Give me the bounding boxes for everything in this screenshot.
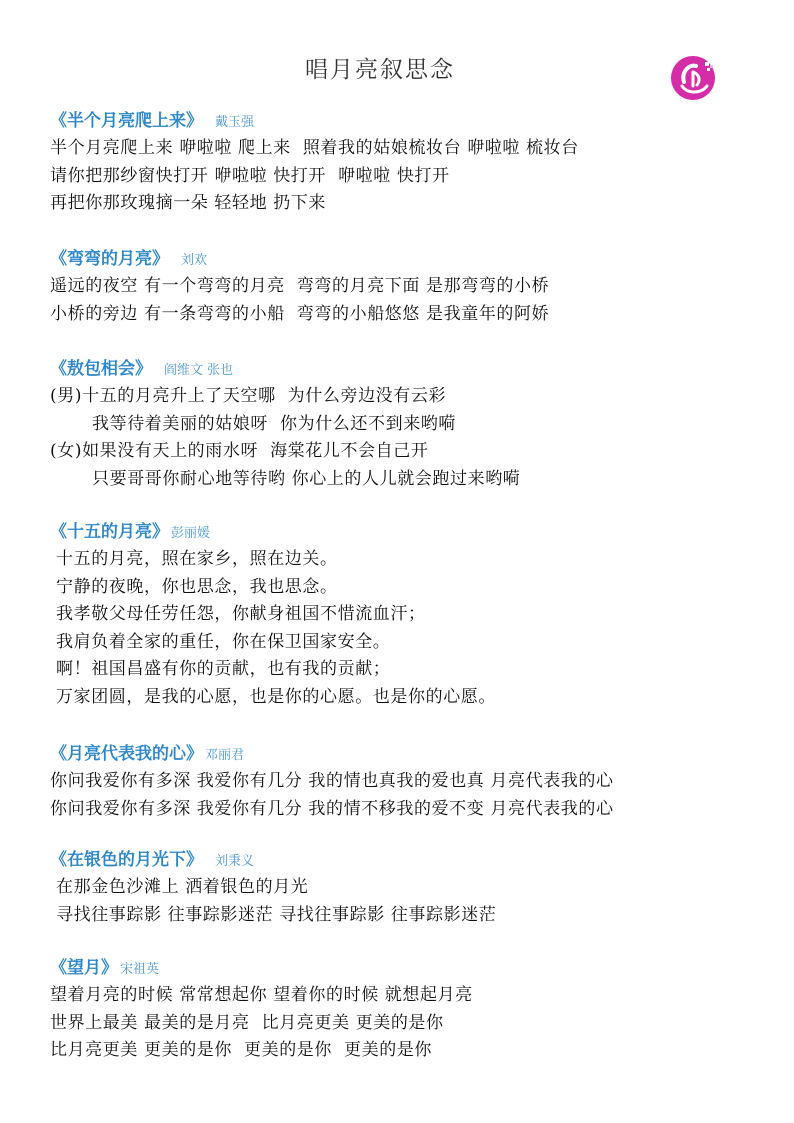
lyric-line: 在那金色沙滩上 洒着银色的月光 xyxy=(50,874,496,902)
lyric-line: 啊！祖国昌盛有你的贡献，也有我的贡献； xyxy=(50,656,496,684)
song-title: 《半个月亮爬上来》 xyxy=(50,111,203,131)
lyric-line: 我孝敬父母任劳任怨，你献身祖国不惜流血汗； xyxy=(50,601,496,629)
song-header: 《敖包相会》阎维文 张也 xyxy=(50,355,520,383)
song-author: 宋祖英 xyxy=(120,962,159,977)
lyric-line: 宁静的夜晚，你也思念，我也思念。 xyxy=(50,574,496,602)
lyric-line: 万家团圆，是我的心愿，也是你的心愿。也是你的心愿。 xyxy=(50,684,496,712)
lyric-line: 遥远的夜空 有一个弯弯的月亮 弯弯的月亮下面 是那弯弯的小桥 xyxy=(50,273,549,301)
lyric-line: 小桥的旁边 有一条弯弯的小船 弯弯的小船悠悠 是我童年的阿娇 xyxy=(50,301,549,329)
song-section: 《月亮代表我的心》邓丽君 你问我爱你有多深 我爱你有几分 我的情也真我的爱也真 … xyxy=(50,740,614,823)
lyric-line: (男)十五的月亮升上了天空哪 为什么旁边没有云彩 xyxy=(50,383,520,411)
song-author: 阎维文 张也 xyxy=(164,363,233,378)
song-section: 《望月》宋祖英 望着月亮的时候 常常想起你 望着你的时候 就想起月亮 世界上最美… xyxy=(50,954,473,1065)
song-header: 《半个月亮爬上来》戴玉强 xyxy=(50,107,579,135)
lyric-line: 你问我爱你有多深 我爱你有几分 我的情不移我的爱不变 月亮代表我的心 xyxy=(50,796,614,824)
lyric-line: 寻找往事踪影 往事踪影迷茫 寻找往事踪影 往事踪影迷茫 xyxy=(50,902,496,930)
song-title: 《望月》 xyxy=(50,958,118,978)
lyrics-document-page: 唱月亮叙思念 《半个月亮爬上来》戴玉强 半个月亮爬上来 咿啦啦 爬上来 照着我的… xyxy=(0,0,794,1123)
lyric-line: 十五的月亮，照在家乡，照在边关。 xyxy=(50,546,496,574)
lyric-line: 我等待着美丽的姑娘呀 你为什么还不到来哟嗬 xyxy=(50,411,520,439)
song-title: 《在银色的月光下》 xyxy=(50,850,203,870)
song-author: 刘秉义 xyxy=(215,854,254,869)
pink-circle-music-logo-icon xyxy=(669,52,719,102)
lyric-line: 请你把那纱窗快打开 咿啦啦 快打开 咿啦啦 快打开 xyxy=(50,163,579,191)
song-author: 刘欢 xyxy=(181,253,207,268)
song-header: 《弯弯的月亮》刘欢 xyxy=(50,245,549,273)
lyric-line: (女)如果没有天上的雨水呀 海棠花儿不会自己开 xyxy=(50,438,520,466)
lyric-line: 只要哥哥你耐心地等待哟 你心上的人儿就会跑过来哟嗬 xyxy=(50,466,520,494)
lyric-line: 我肩负着全家的重任，你在保卫国家安全。 xyxy=(50,629,496,657)
song-author: 彭丽媛 xyxy=(171,526,210,541)
song-section: 《弯弯的月亮》刘欢 遥远的夜空 有一个弯弯的月亮 弯弯的月亮下面 是那弯弯的小桥… xyxy=(50,245,549,328)
document-title: 唱月亮叙思念 xyxy=(0,51,760,84)
song-header: 《望月》宋祖英 xyxy=(50,954,473,982)
song-title: 《月亮代表我的心》 xyxy=(50,744,203,764)
lyric-line: 世界上最美 最美的是月亮 比月亮更美 更美的是你 xyxy=(50,1010,473,1038)
lyric-line: 再把你那玫瑰摘一朵 轻轻地 扔下来 xyxy=(50,190,579,218)
song-section: 《十五的月亮》彭丽媛 十五的月亮，照在家乡，照在边关。 宁静的夜晚，你也思念，我… xyxy=(50,518,496,711)
song-title: 《弯弯的月亮》 xyxy=(50,249,169,269)
lyric-line: 望着月亮的时候 常常想起你 望着你的时候 就想起月亮 xyxy=(50,982,473,1010)
lyric-line: 半个月亮爬上来 咿啦啦 爬上来 照着我的姑娘梳妆台 咿啦啦 梳妆台 xyxy=(50,135,579,163)
song-header: 《月亮代表我的心》邓丽君 xyxy=(50,740,614,768)
lyric-line: 你问我爱你有多深 我爱你有几分 我的情也真我的爱也真 月亮代表我的心 xyxy=(50,768,614,796)
song-header: 《在银色的月光下》刘秉义 xyxy=(50,846,496,874)
song-title: 《十五的月亮》 xyxy=(50,522,169,542)
song-section: 《敖包相会》阎维文 张也 (男)十五的月亮升上了天空哪 为什么旁边没有云彩 我等… xyxy=(50,355,520,493)
song-title: 《敖包相会》 xyxy=(50,359,152,379)
lyric-line: 比月亮更美 更美的是你 更美的是你 更美的是你 xyxy=(50,1037,473,1065)
song-author: 邓丽君 xyxy=(205,748,244,763)
song-section: 《在银色的月光下》刘秉义 在那金色沙滩上 洒着银色的月光 寻找往事踪影 往事踪影… xyxy=(50,846,496,929)
song-author: 戴玉强 xyxy=(215,115,254,130)
song-header: 《十五的月亮》彭丽媛 xyxy=(50,518,496,546)
song-section: 《半个月亮爬上来》戴玉强 半个月亮爬上来 咿啦啦 爬上来 照着我的姑娘梳妆台 咿… xyxy=(50,107,579,218)
